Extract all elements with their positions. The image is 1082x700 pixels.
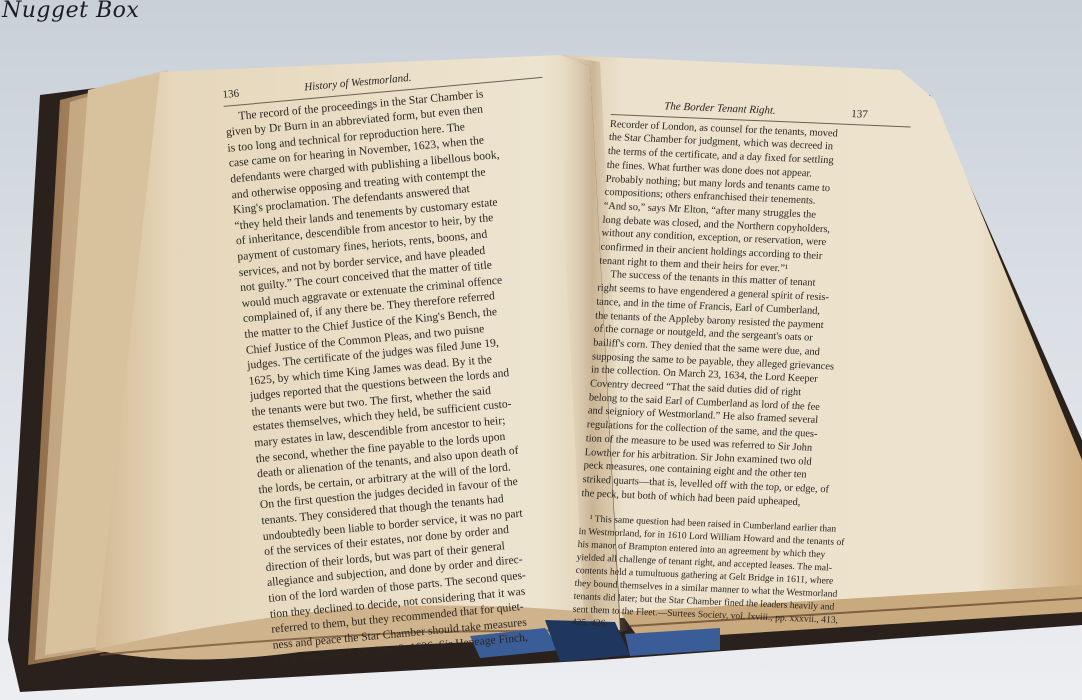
footnote: ¹ This same question had been raised in … bbox=[571, 512, 880, 641]
watermark-text: Nugget Box bbox=[2, 0, 139, 23]
right-page-number: 137 bbox=[851, 108, 868, 121]
right-page: The Border Tenant Right. 137 Recorder of… bbox=[571, 98, 912, 642]
left-page-number: 136 bbox=[222, 88, 240, 101]
left-page: 136 History of Westmorland. The record o… bbox=[222, 59, 594, 669]
